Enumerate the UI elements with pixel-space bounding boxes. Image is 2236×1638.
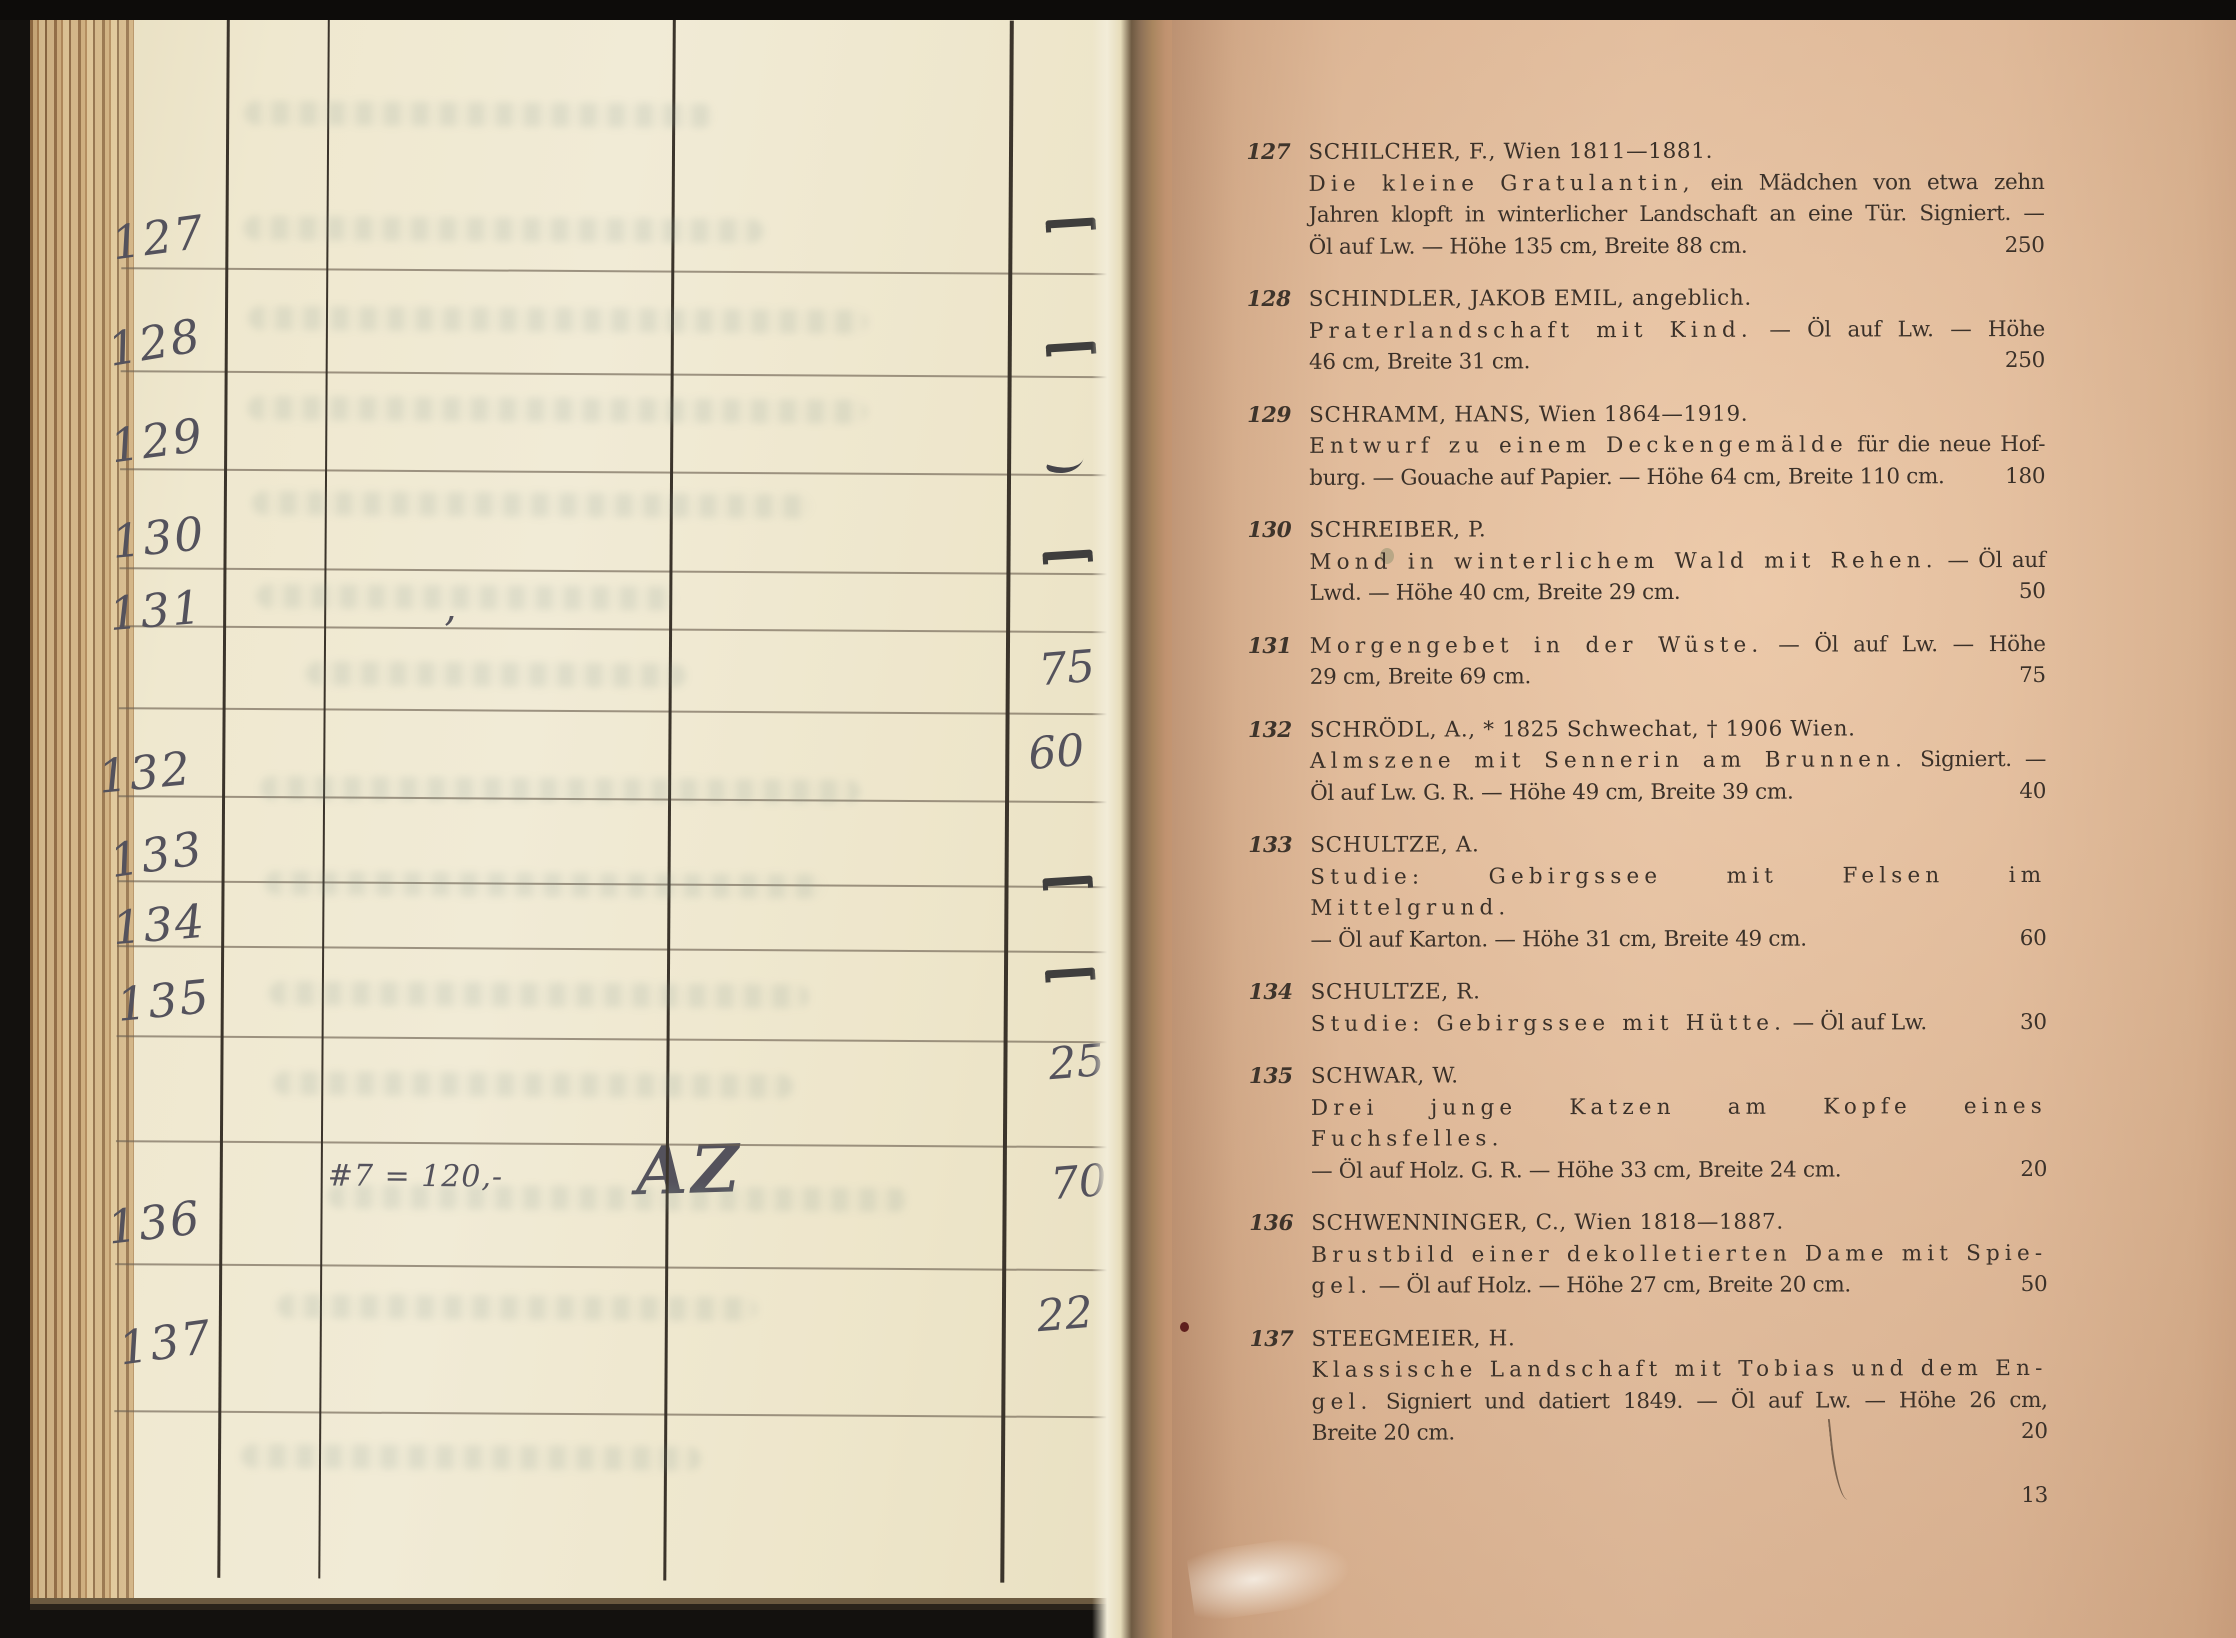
ledger-price-number: 60	[1026, 725, 1086, 780]
photo-top-edge	[0, 0, 2236, 20]
entry-body: SCHRÖDL, A., * 1825 Schwechat, † 1906 Wi…	[1310, 712, 2046, 808]
entry-line: Praterlandschaft mit Kind. — Öl auf Lw. …	[1309, 313, 2045, 346]
entry-text: — Öl auf Lw. — Höhe	[1753, 316, 2045, 342]
catalog-entry-128: 128SCHINDLER, JAKOB EMIL, angeblich.Prat…	[1231, 282, 2105, 379]
entry-title-spaced: Morgengebet in der Wüste.	[1310, 632, 1764, 658]
catalog-entry-130: 130SCHREIBER, P.Mond in winterlichem Wal…	[1231, 513, 2105, 610]
open-auction-catalog-photo: #7 = 120,- AZ ’ 127128129130131751326013…	[0, 0, 2236, 1638]
ledger-price-number: 22	[1035, 1287, 1095, 1342]
entry-line: Klassische Landschaft mit Tobias und dem…	[1312, 1353, 2048, 1386]
entry-title-spaced: Brustbild einer dekolletierten Dame mit …	[1311, 1240, 2047, 1267]
catalog-text-block: 127SCHILCHER, F., Wien 1811—1881.Die kle…	[1170, 19, 2108, 1513]
ledger-price-dash	[1045, 967, 1095, 977]
entry-price: 75	[2019, 660, 2046, 692]
catalog-entry-131: 131Morgengebet in der Wüste. — Öl auf Lw…	[1232, 628, 2106, 693]
entry-title-spaced: Almszene mit Sennerin am Brunnen.	[1310, 747, 1907, 774]
book-gutter-shadow	[1092, 14, 1176, 1638]
entry-line: Morgengebet in der Wüste. — Öl auf Lw. —…	[1310, 628, 2046, 661]
bleed-through-text	[241, 1444, 701, 1471]
entry-title-spaced: Klassische Landschaft mit Tobias und dem…	[1312, 1356, 2048, 1383]
entry-text: Öl auf Lw. — Höhe 135 cm, Breite 88 cm.	[1309, 233, 1748, 259]
catalog-entry-137: 137STEEGMEIER, H.Klassische Landschaft m…	[1233, 1321, 2107, 1449]
right-catalog-page: 127SCHILCHER, F., Wien 1811—1881.Die kle…	[1172, 20, 2236, 1638]
ledger-tick-mark: ’	[443, 609, 456, 655]
entry-body: SCHULTZE, R.Studie: Gebirgssee mit Hütte…	[1311, 975, 2047, 1040]
entry-number: 127	[1230, 137, 1290, 263]
entry-text: Lwd. — Höhe 40 cm, Breite 29 cm.	[1310, 580, 1681, 606]
entry-text: Jahren klopft in winterlicher Landschaft…	[1309, 201, 2045, 228]
entry-text: — Öl auf Lw.	[1786, 1010, 1927, 1035]
entry-line: — Öl auf Karton. — Höhe 31 cm, Breite 49…	[1310, 922, 2046, 955]
entry-heading: STEEGMEIER, H.	[1311, 1321, 2047, 1354]
bleed-through-text	[260, 776, 860, 804]
entry-price: 60	[2020, 922, 2047, 954]
bleed-through-text	[244, 101, 714, 128]
entry-body: SCHULTZE, A.Studie: Gebirgssee mit Felse…	[1310, 828, 2046, 956]
entry-line: Mond in winterlichem Wald mit Rehen. — Ö…	[1309, 544, 2045, 577]
bleed-through-text	[306, 661, 686, 687]
entry-line: 29 cm, Breite 69 cm.75	[1310, 660, 2046, 693]
bleed-through-text	[328, 1184, 908, 1212]
entry-line: Jahren klopft in winterlicher Landschaft…	[1309, 198, 2045, 231]
entry-line: Drei junge Katzen am Kopfe eines Fuchsfe…	[1311, 1090, 2047, 1155]
entry-text: — Öl auf	[1938, 547, 2046, 572]
entry-price: 50	[2021, 1269, 2048, 1301]
ledger-row-number: 127	[108, 204, 208, 270]
entry-line: — Öl auf Holz. G. R. — Höhe 33 cm, Breit…	[1311, 1153, 2047, 1186]
entry-price: 250	[2005, 345, 2045, 377]
entry-body: STEEGMEIER, H.Klassische Landschaft mit …	[1311, 1321, 2047, 1449]
catalog-entry-129: 129SCHRAMM, HANS, Wien 1864—1919.Entwurf…	[1231, 397, 2105, 494]
ledger-row-number: 131	[107, 580, 205, 641]
bleed-through-text	[252, 491, 812, 518]
entry-heading: SCHREIBER, P.	[1309, 513, 2045, 546]
bleed-through-text	[256, 584, 676, 611]
entry-heading: SCHULTZE, A.	[1310, 828, 2046, 861]
ledger-row-number: 132	[96, 741, 195, 804]
ledger-row-line	[117, 945, 1109, 953]
bleed-through-text	[248, 306, 868, 334]
entry-heading: SCHINDLER, JAKOB EMIL, angeblich.	[1309, 282, 2045, 315]
entry-line: Öl auf Lw. G. R. — Höhe 49 cm, Breite 39…	[1310, 775, 2046, 808]
ledger-price-dash	[1045, 217, 1095, 227]
entry-title-spaced: Studie: Gebirgssee mit Hütte.	[1311, 1010, 1786, 1036]
ledger-price-number: 75	[1037, 641, 1097, 696]
entry-number: 137	[1233, 1323, 1293, 1449]
entry-text: — Öl auf Karton. — Höhe 31 cm, Breite 49…	[1310, 926, 1806, 952]
entry-text: Öl auf Lw. G. R. — Höhe 49 cm, Breite 39…	[1310, 779, 1793, 805]
entry-title-spaced: Studie: Gebirgssee mit Felsen im Mittelg…	[1310, 862, 2046, 920]
entry-text: — Öl auf Lw. — Höhe	[1763, 631, 2045, 657]
ledger-row-number: 135	[114, 969, 213, 1032]
ledger-row-line	[119, 707, 1111, 715]
ledger-row-number: 128	[104, 308, 206, 377]
entry-text: 29 cm, Breite 69 cm.	[1310, 664, 1531, 690]
catalog-entry-134: 134SCHULTZE, R.Studie: Gebirgssee mit Hü…	[1233, 975, 2107, 1040]
ledger-price-dash	[1046, 341, 1096, 351]
entry-price: 30	[2020, 1006, 2047, 1038]
entry-price: 250	[2005, 229, 2045, 261]
ledger-row-number: 137	[116, 1309, 216, 1375]
entry-body: Morgengebet in der Wüste. — Öl auf Lw. —…	[1310, 628, 2046, 693]
ledger-grid: #7 = 120,- AZ ’ 127128129130131751326013…	[25, 15, 1131, 1602]
entry-text: — Öl auf Holz. G. R. — Höhe 33 cm, Breit…	[1311, 1157, 1841, 1183]
bleed-through-text	[264, 871, 824, 898]
entry-line: Öl auf Lw. — Höhe 135 cm, Breite 88 cm.2…	[1309, 229, 2045, 262]
entry-text: Signiert. —	[1907, 747, 2046, 772]
entry-body: SCHWENNINGER, C., Wien 1818—1887.Brustbi…	[1311, 1206, 2047, 1302]
entry-number: 136	[1233, 1208, 1293, 1303]
ledger-row-line	[119, 625, 1111, 633]
entry-number: 135	[1233, 1061, 1293, 1187]
ledger-row-line	[115, 1263, 1107, 1271]
entry-heading: SCHWAR, W.	[1311, 1059, 2047, 1092]
catalog-entry-132: 132SCHRÖDL, A., * 1825 Schwechat, † 1906…	[1232, 712, 2106, 809]
entry-heading: SCHWENNINGER, C., Wien 1818—1887.	[1311, 1206, 2047, 1239]
entry-title-spaced: gel.	[1312, 1389, 1373, 1414]
ledger-row-line	[121, 370, 1113, 378]
entry-heading: SCHRÖDL, A., * 1825 Schwechat, † 1906 Wi…	[1310, 712, 2046, 745]
entry-line: Studie: Gebirgssee mit Felsen im Mittelg…	[1310, 859, 2046, 924]
entry-heading: SCHULTZE, R.	[1311, 975, 2047, 1008]
entry-text: 46 cm, Breite 31 cm.	[1309, 349, 1530, 375]
ledger-price-dash	[1042, 549, 1092, 559]
entry-line: gel. Signiert und datiert 1849. — Öl auf…	[1312, 1384, 2048, 1417]
bleed-through-text	[247, 396, 867, 424]
entry-line: Entwurf zu einem Deckengemälde für die n…	[1309, 429, 2045, 462]
left-ledger-page: #7 = 120,- AZ ’ 127128129130131751326013…	[30, 18, 1126, 1598]
ledger-row-line	[117, 1035, 1109, 1043]
bleed-through-text	[273, 1071, 793, 1098]
catalog-entry-135: 135SCHWAR, W.Drei junge Katzen am Kopfe …	[1233, 1059, 2107, 1187]
ledger-row-line	[121, 267, 1113, 275]
entry-line: Almszene mit Sennerin am Brunnen. Signie…	[1310, 744, 2046, 777]
entry-text: Breite 20 cm.	[1312, 1420, 1455, 1445]
entry-number: 130	[1231, 515, 1291, 610]
catalog-entry-127: 127SCHILCHER, F., Wien 1811—1881.Die kle…	[1230, 135, 2104, 263]
entry-line: gel. — Öl auf Holz. — Höhe 27 cm, Breite…	[1311, 1269, 2047, 1302]
entry-price: 50	[2019, 576, 2046, 608]
catalog-entry-136: 136SCHWENNINGER, C., Wien 1818—1887.Brus…	[1233, 1206, 2107, 1303]
entry-number: 132	[1232, 714, 1292, 809]
entry-heading: SCHILCHER, F., Wien 1811—1881.	[1308, 135, 2044, 168]
ledger-price-dash	[1042, 875, 1092, 885]
bleed-through-text	[269, 981, 809, 1008]
entry-price: 20	[2020, 1153, 2047, 1185]
entry-line: burg. — Gouache auf Papier. — Höhe 64 cm…	[1309, 460, 2045, 493]
entry-price: 180	[2005, 460, 2045, 492]
bleed-through-text	[243, 216, 763, 243]
bleed-through-text	[277, 1294, 757, 1321]
entry-body: SCHRAMM, HANS, Wien 1864—1919.Entwurf zu…	[1309, 397, 2045, 493]
entry-title-spaced: Praterlandschaft mit Kind.	[1309, 317, 1753, 343]
entry-text: Signiert und datiert 1849. — Öl auf Lw. …	[1372, 1387, 2047, 1414]
entry-number: 133	[1232, 830, 1292, 956]
entry-line: Die kleine Gratulantin, ein Mädchen von …	[1308, 166, 2044, 199]
entry-line: Breite 20 cm.20	[1312, 1416, 2048, 1449]
entry-line: Studie: Gebirgssee mit Hütte. — Öl auf L…	[1311, 1006, 2047, 1039]
entry-body: SCHILCHER, F., Wien 1811—1881.Die kleine…	[1308, 135, 2044, 263]
entry-text: für die neue Hof-	[1848, 432, 2045, 458]
ledger-row-line	[119, 567, 1111, 575]
ledger-row-number: 129	[107, 407, 207, 473]
entry-line: Brustbild einer dekolletierten Dame mit …	[1311, 1237, 2047, 1270]
entry-title-spaced: Entwurf zu einem Deckengemälde	[1309, 432, 1848, 458]
entry-body: SCHINDLER, JAKOB EMIL, angeblich.Praterl…	[1309, 282, 2045, 378]
entry-number: 134	[1233, 977, 1293, 1040]
ledger-row-number: 136	[105, 1190, 204, 1255]
entry-title-spaced: gel.	[1311, 1274, 1372, 1299]
ledger-row-number: 134	[110, 894, 208, 955]
entry-price: 20	[2021, 1416, 2048, 1448]
entry-line: 46 cm, Breite 31 cm.250	[1309, 345, 2045, 378]
catalog-entries: 127SCHILCHER, F., Wien 1811—1881.Die kle…	[1230, 135, 2107, 1450]
ledger-row-line	[120, 468, 1112, 476]
entry-title-spaced: Die kleine Gratulantin,	[1308, 170, 1694, 196]
entry-line: Lwd. — Höhe 40 cm, Breite 29 cm.50	[1310, 576, 2046, 609]
entry-title-spaced: Drei junge Katzen am Kopfe eines Fuchsfe…	[1311, 1093, 2047, 1151]
entry-text: — Öl auf Holz. — Höhe 27 cm, Breite 20 c…	[1372, 1272, 1851, 1298]
page-number: 13	[1312, 1479, 2058, 1512]
ledger-row-number: 133	[106, 821, 207, 888]
entry-number: 129	[1231, 399, 1291, 494]
ledger-row-line	[116, 1140, 1108, 1148]
catalog-entry-133: 133SCHULTZE, A.Studie: Gebirgssee mit Fe…	[1232, 828, 2106, 956]
entry-heading: SCHRAMM, HANS, Wien 1864—1919.	[1309, 397, 2045, 430]
entry-title-spaced: Mond in winterlichem Wald mit Rehen.	[1309, 548, 1937, 575]
scuff-mark	[1186, 1531, 1354, 1623]
ledger-row-line	[114, 1410, 1106, 1418]
entry-number: 128	[1231, 284, 1291, 379]
entry-price: 40	[2019, 775, 2046, 807]
entry-number: 131	[1232, 630, 1292, 693]
entry-body: SCHWAR, W.Drei junge Katzen am Kopfe ein…	[1311, 1059, 2047, 1187]
entry-text: ein Mädchen von etwa zehn	[1695, 169, 2045, 195]
ledger-row-number: 130	[109, 506, 208, 569]
entry-text: burg. — Gouache auf Papier. — Höhe 64 cm…	[1309, 464, 1944, 491]
entry-body: SCHREIBER, P.Mond in winterlichem Wald m…	[1309, 513, 2045, 609]
